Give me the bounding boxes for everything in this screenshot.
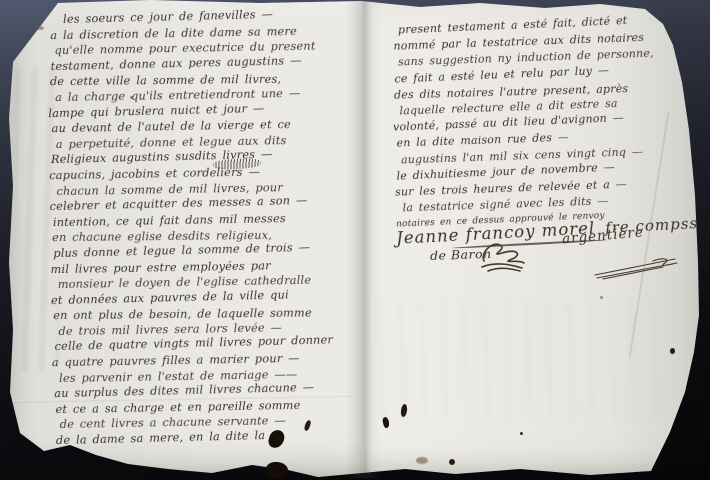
right-page-text: present testament a esté fait, dicté et … — [390, 13, 691, 233]
argentiere-paraph-underline — [593, 255, 683, 279]
de-baron-paraph-flourish — [478, 237, 528, 273]
ink-speck — [130, 96, 133, 99]
left-page-text: les soeurs ce jour de fanevilles — a la … — [47, 8, 358, 449]
ink-blot — [449, 459, 455, 465]
ink-speck — [36, 26, 44, 30]
ink-speck — [600, 296, 603, 299]
ink-bleedthrough-right-page — [360, 300, 660, 420]
ink-speck — [670, 348, 675, 354]
manuscript-scan: les soeurs ce jour de fanevilles — a la … — [0, 0, 710, 480]
ink-smudge — [416, 457, 428, 464]
ink-blot — [266, 462, 288, 478]
ink-speck — [520, 432, 523, 435]
